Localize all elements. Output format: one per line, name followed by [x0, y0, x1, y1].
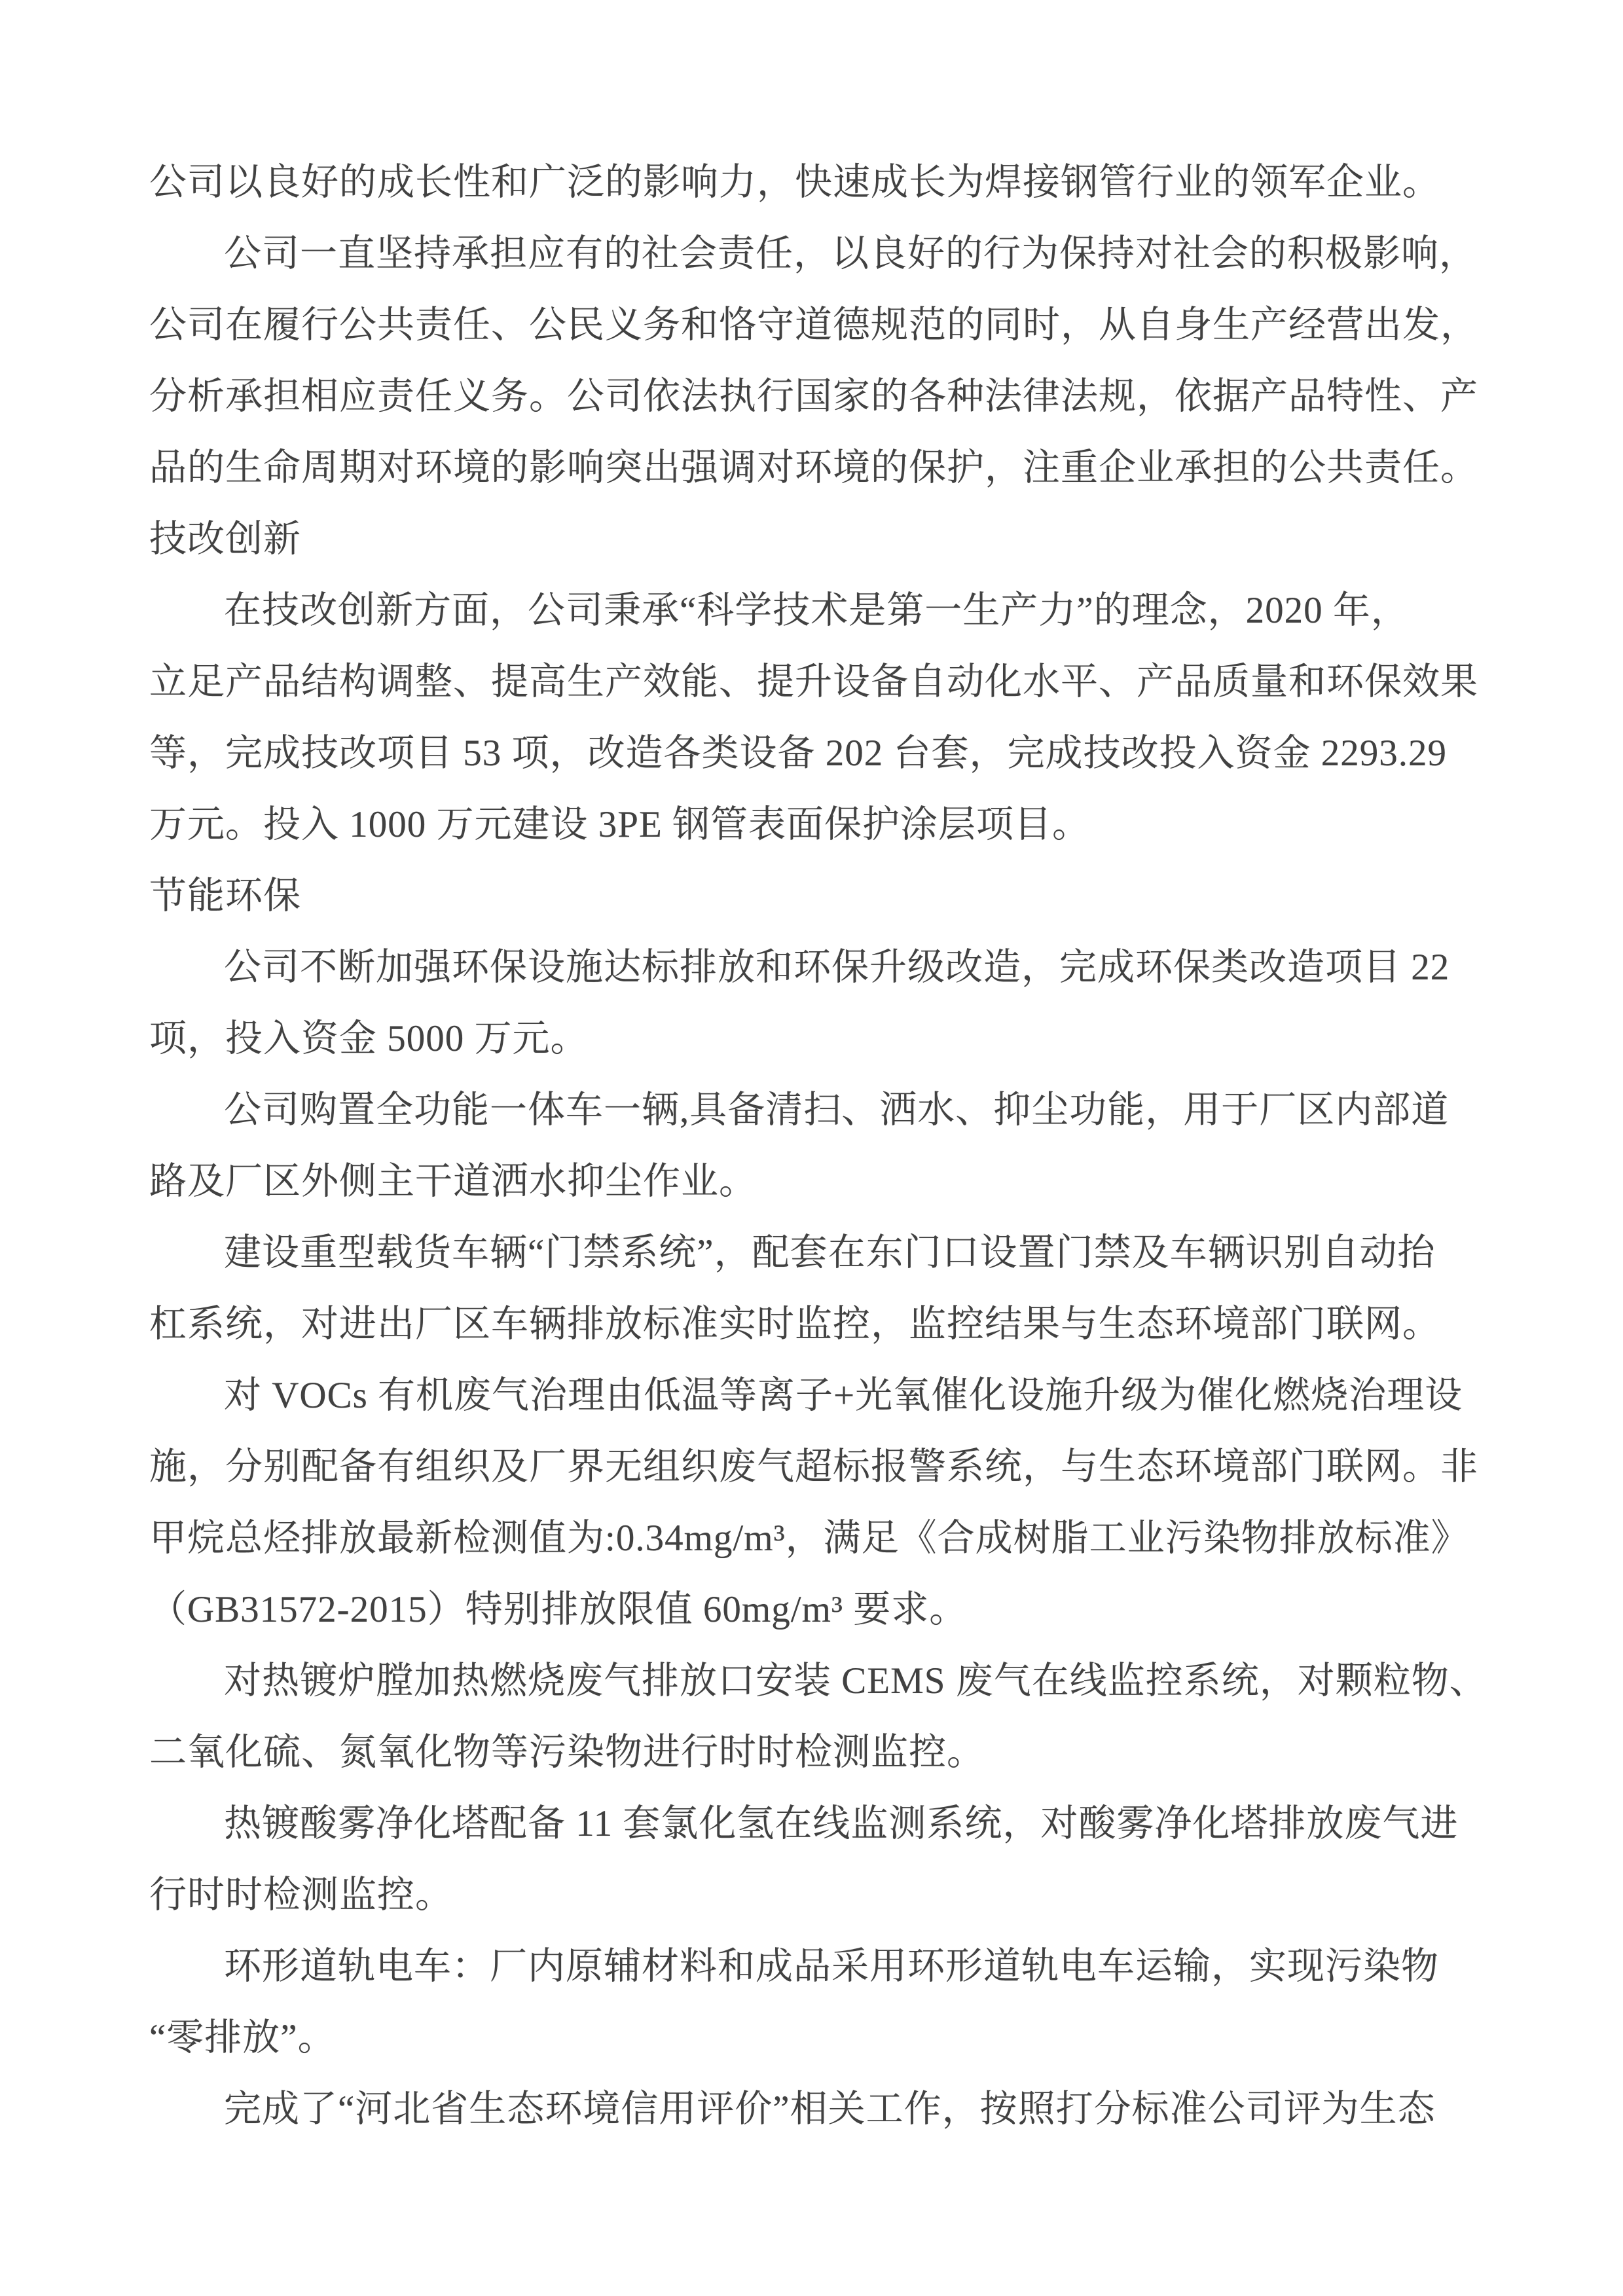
text-line: 公司不断加强环保设施达标排放和环保升级改造，完成环保类改造项目 22: [149, 932, 1524, 1003]
text-line: 对 VOCs 有机废气治理由低温等离子+光氧催化设施升级为催化燃烧治理设: [149, 1360, 1524, 1431]
text-line: 等，完成技改项目 53 项，改造各类设备 202 台套，完成技改投入资金 229…: [149, 718, 1524, 789]
text-line: 路及厂区外侧主干道洒水抑尘作业。: [149, 1146, 1524, 1217]
text-line: 热镀酸雾净化塔配备 11 套氯化氢在线监测系统，对酸雾净化塔排放废气进: [149, 1788, 1524, 1859]
text-line: 施，分别配备有组织及厂界无组织废气超标报警系统，与生态环境部门联网。非: [149, 1431, 1524, 1503]
text-line: 公司购置全功能一体车一辆,具备清扫、洒水、抑尘功能，用于厂区内部道: [149, 1074, 1524, 1146]
text-line: 建设重型载货车辆“门禁系统”，配套在东门口设置门禁及车辆识别自动抬: [149, 1217, 1524, 1288]
text-line: 完成了“河北省生态环境信用评价”相关工作，按照打分标准公司评为生态: [149, 2073, 1524, 2145]
text-line: 项，投入资金 5000 万元。: [149, 1003, 1524, 1074]
text-line: 万元。投入 1000 万元建设 3PE 钢管表面保护涂层项目。: [149, 789, 1524, 860]
text-line: 分析承担相应责任义务。公司依法执行国家的各种法律法规，依据产品特性、产: [149, 361, 1524, 432]
text-line: 品的生命周期对环境的影响突出强调对环境的保护，注重企业承担的公共责任。: [149, 432, 1524, 503]
text-line: 行时时检测监控。: [149, 1859, 1524, 1931]
text-line: 立足产品结构调整、提高生产效能、提升设备自动化水平、产品质量和环保效果: [149, 646, 1524, 718]
text-line: （GB31572-2015）特别排放限值 60mg/m³ 要求。: [149, 1574, 1524, 1645]
text-line: 公司一直坚持承担应有的社会责任，以良好的行为保持对社会的积极影响，: [149, 218, 1524, 289]
text-line: “零排放”。: [149, 2002, 1524, 2073]
section-heading-energy-environment: 节能环保: [149, 860, 1524, 932]
text-block: 公司以良好的成长性和广泛的影响力，快速成长为焊接钢管行业的领军企业。 公司一直坚…: [149, 147, 1524, 2145]
text-line: 二氧化硫、氮氧化物等污染物进行时时检测监控。: [149, 1717, 1524, 1788]
text-line: 甲烷总烃排放最新检测值为:0.34mg/m³，满足《合成树脂工业污染物排放标准》: [149, 1503, 1524, 1574]
text-line: 环形道轨电车：厂内原辅材料和成品采用环形道轨电车运输，实现污染物: [149, 1931, 1524, 2002]
text-line: 杠系统，对进出厂区车辆排放标准实时监控，监控结果与生态环境部门联网。: [149, 1288, 1524, 1360]
document-page: 公司以良好的成长性和广泛的影响力，快速成长为焊接钢管行业的领军企业。 公司一直坚…: [0, 0, 1623, 2296]
text-line: 公司在履行公共责任、公民义务和恪守道德规范的同时，从自身生产经营出发，: [149, 289, 1524, 361]
text-line: 公司以良好的成长性和广泛的影响力，快速成长为焊接钢管行业的领军企业。: [149, 147, 1524, 218]
text-line: 在技改创新方面，公司秉承“科学技术是第一生产力”的理念，2020 年，: [149, 575, 1524, 646]
section-heading-tech-innovation: 技改创新: [149, 503, 1524, 575]
text-line: 对热镀炉膛加热燃烧废气排放口安装 CEMS 废气在线监控系统，对颗粒物、: [149, 1645, 1524, 1717]
